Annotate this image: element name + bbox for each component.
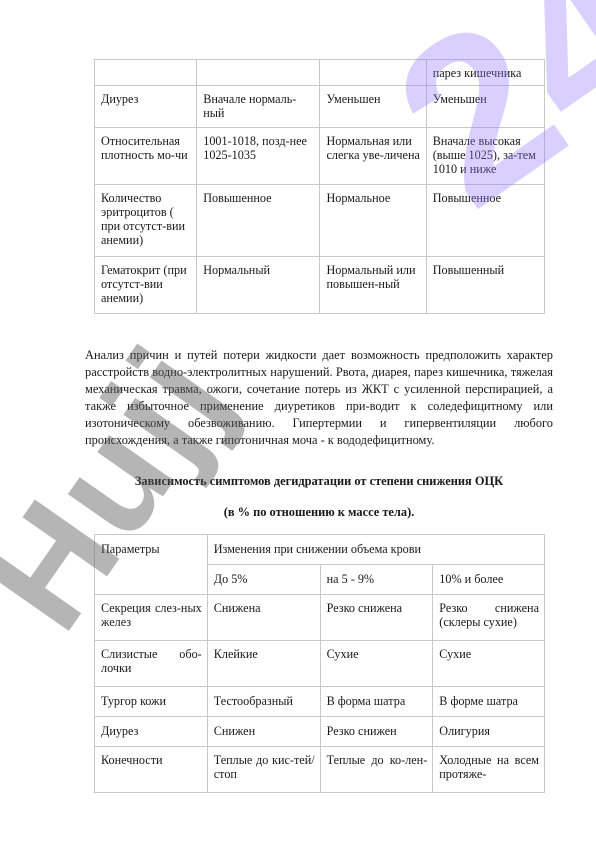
- column-header-parameters: Параметры: [95, 535, 208, 595]
- table-cell: Вначале высокая (выше 1025), за-тем 1010…: [426, 128, 544, 185]
- table-cell: Нормальный: [197, 257, 320, 314]
- column-header: До 5%: [207, 565, 320, 595]
- column-header: 10% и более: [433, 565, 545, 595]
- table-cell: В форме шатра: [433, 687, 545, 717]
- table-row: Слизистые обо-лочки Клейкие Сухие Сухие: [95, 641, 545, 687]
- table-cell: [320, 60, 426, 86]
- table-row: Количество эритроцитов ( при отсутст-вии…: [95, 185, 545, 257]
- table-row: Относительная плотность мо-чи 1001-1018,…: [95, 128, 545, 185]
- table-cell: Снижена: [207, 595, 320, 641]
- body-paragraph: Анализ причин и путей потери жидкости да…: [85, 347, 553, 448]
- table-cell: Тестообразный: [207, 687, 320, 717]
- table-row: Тургор кожи Тестообразный В форма шатра …: [95, 687, 545, 717]
- table-cell: Гематокрит (при отсутст-вии анемии): [95, 257, 197, 314]
- table-cell: Секреция слез-ных желез: [95, 595, 208, 641]
- table-cell: Диурез: [95, 717, 208, 747]
- table-header-row: Параметры Изменения при снижении объема …: [95, 535, 545, 565]
- fluid-loss-comparison-table: парез кишечника Диурез Вначале нормаль-н…: [94, 59, 545, 314]
- table-row: парез кишечника: [95, 60, 545, 86]
- table-cell: Олигурия: [433, 717, 545, 747]
- table-row: Конечности Теплые до кис-тей/стоп Теплые…: [95, 747, 545, 793]
- table-row: Гематокрит (при отсутст-вии анемии) Норм…: [95, 257, 545, 314]
- table-cell: Нормальное: [320, 185, 426, 257]
- table-cell: [95, 60, 197, 86]
- table-cell: В форма шатра: [320, 687, 433, 717]
- section-heading: Зависимость симптомов дегидратации от ст…: [85, 474, 553, 489]
- table-cell: Повышенное: [426, 185, 544, 257]
- table-cell: Резко снижен: [320, 717, 433, 747]
- table-cell: Вначале нормаль-ный: [197, 86, 320, 128]
- table-cell: Повышенное: [197, 185, 320, 257]
- table-cell: Тургор кожи: [95, 687, 208, 717]
- table-cell: 1001-1018, позд-нее 1025-1035: [197, 128, 320, 185]
- table-row: Диурез Вначале нормаль-ный Уменьшен Умен…: [95, 86, 545, 128]
- table-cell: Нормальный или повышен-ный: [320, 257, 426, 314]
- table-row: Диурез Снижен Резко снижен Олигурия: [95, 717, 545, 747]
- column-group-header: Изменения при снижении объема крови: [207, 535, 544, 565]
- dehydration-symptoms-table: Параметры Изменения при снижении объема …: [94, 534, 545, 793]
- table-cell: [197, 60, 320, 86]
- table-cell: парез кишечника: [426, 60, 544, 86]
- table-cell: Клейкие: [207, 641, 320, 687]
- table-row: Секреция слез-ных желез Снижена Резко сн…: [95, 595, 545, 641]
- table-cell: Повышенный: [426, 257, 544, 314]
- table-cell: Диурез: [95, 86, 197, 128]
- table-cell: Уменьшен: [426, 86, 544, 128]
- table-cell: Количество эритроцитов ( при отсутст-вии…: [95, 185, 197, 257]
- table-cell: Холодные на всем протяже-: [433, 747, 545, 793]
- table-cell: Слизистые обо-лочки: [95, 641, 208, 687]
- table-cell: Теплые до ко-лен-: [320, 747, 433, 793]
- table-cell: Резко снижена (склеры сухие): [433, 595, 545, 641]
- table-cell: Снижен: [207, 717, 320, 747]
- column-header: на 5 - 9%: [320, 565, 433, 595]
- table-cell: Резко снижена: [320, 595, 433, 641]
- section-subheading: (в % по отношению к массе тела).: [85, 505, 553, 520]
- table-cell: Конечности: [95, 747, 208, 793]
- table-cell: Уменьшен: [320, 86, 426, 128]
- table-cell: Сухие: [433, 641, 545, 687]
- table-cell: Сухие: [320, 641, 433, 687]
- table-cell: Нормальная или слегка уве-личена: [320, 128, 426, 185]
- table-cell: Теплые до кис-тей/стоп: [207, 747, 320, 793]
- table-cell: Относительная плотность мо-чи: [95, 128, 197, 185]
